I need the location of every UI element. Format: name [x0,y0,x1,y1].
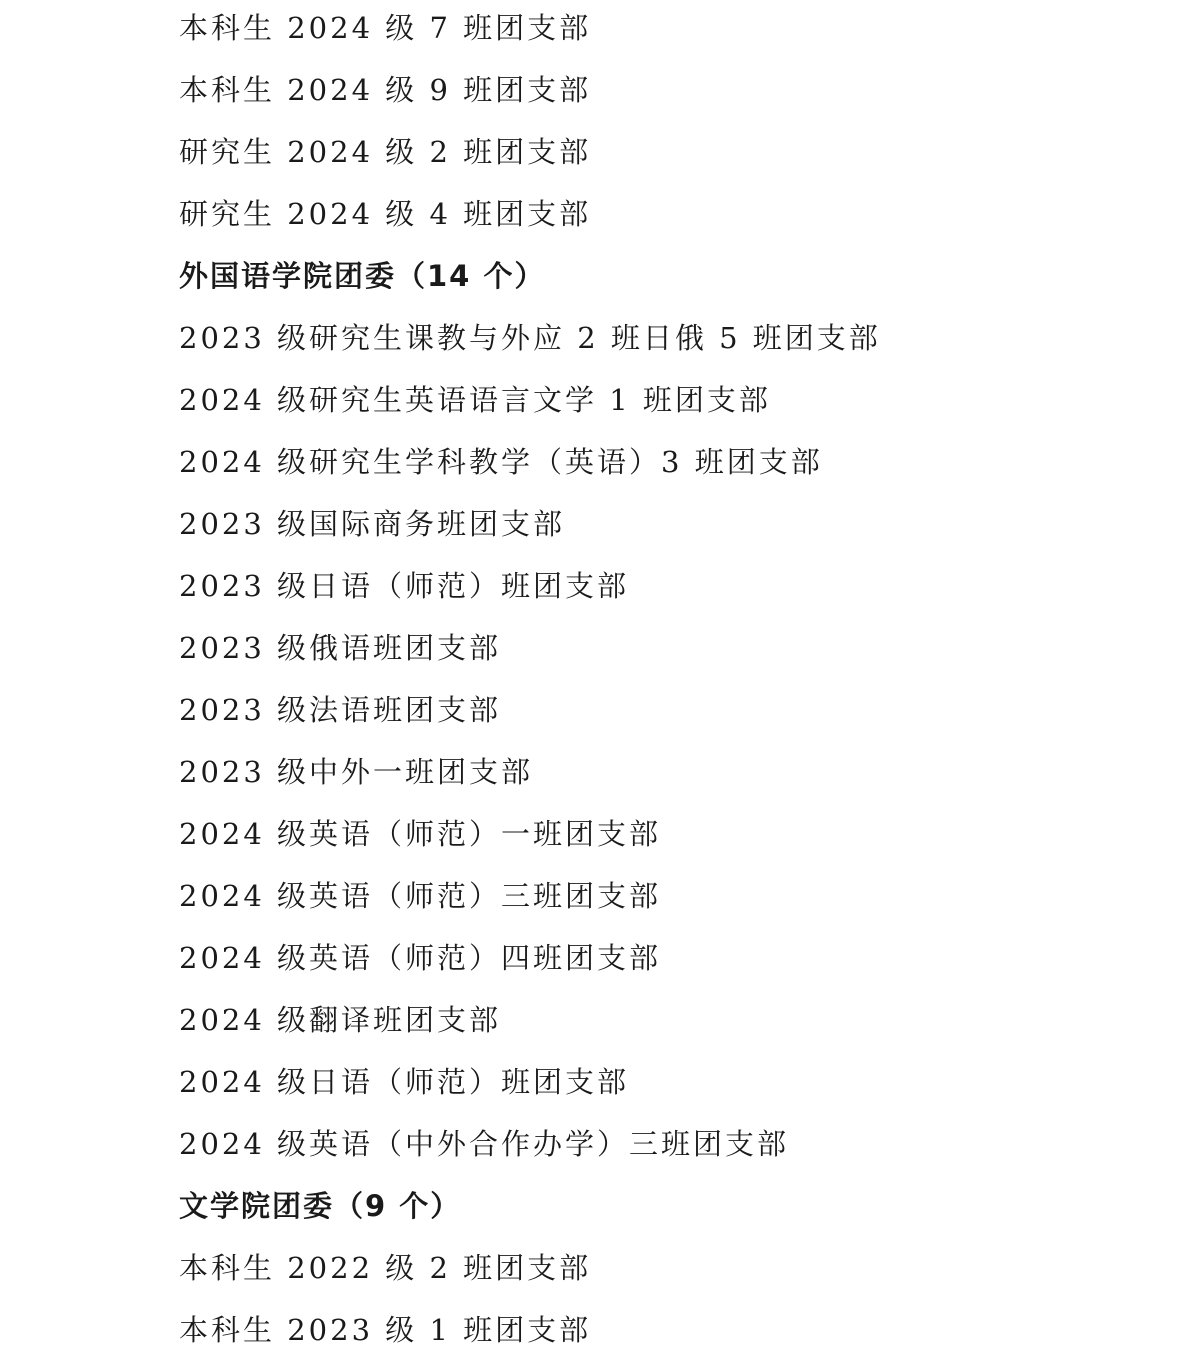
list-item: 2023 级中外一班团支部 [179,741,1139,803]
list-item: 2023 级俄语班团支部 [179,617,1139,679]
list-item: 研究生 2024 级 4 班团支部 [179,183,1139,245]
section-heading-literature: 文学院团委（9 个） [179,1175,1139,1237]
document-page: 本科生 2024 级 7 班团支部 本科生 2024 级 9 班团支部 研究生 … [179,0,1139,1359]
list-item: 2023 级法语班团支部 [179,679,1139,741]
list-item: 研究生 2024 级 2 班团支部 [179,121,1139,183]
list-item: 2024 级日语（师范）班团支部 [179,1051,1139,1113]
list-item: 2023 级国际商务班团支部 [179,493,1139,555]
list-item: 2024 级研究生英语语言文学 1 班团支部 [179,369,1139,431]
list-item: 本科生 2024 级 7 班团支部 [179,0,1139,59]
list-item: 2024 级英语（师范）三班团支部 [179,865,1139,927]
section-heading-foreign-languages: 外国语学院团委（14 个） [179,245,1139,307]
list-item: 2024 级翻译班团支部 [179,989,1139,1051]
list-item: 2024 级英语（师范）一班团支部 [179,803,1139,865]
list-item: 2023 级研究生课教与外应 2 班日俄 5 班团支部 [179,307,1139,369]
list-item: 本科生 2022 级 2 班团支部 [179,1237,1139,1299]
list-item: 2024 级英语（师范）四班团支部 [179,927,1139,989]
list-item: 2023 级日语（师范）班团支部 [179,555,1139,617]
list-item: 本科生 2023 级 1 班团支部 [179,1299,1139,1359]
list-item: 本科生 2024 级 9 班团支部 [179,59,1139,121]
list-item: 2024 级英语（中外合作办学）三班团支部 [179,1113,1139,1175]
list-item: 2024 级研究生学科教学（英语）3 班团支部 [179,431,1139,493]
